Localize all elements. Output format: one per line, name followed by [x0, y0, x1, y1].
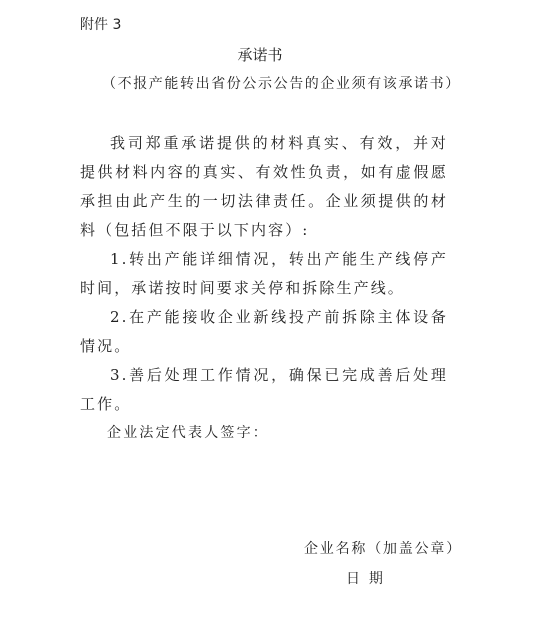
requirement-item-1: 1.转出产能详细情况，转出产能生产线停产时间，承诺按时间要求关停和拆除生产线。: [80, 245, 448, 303]
commitment-paragraph: 我司郑重承诺提供的材料真实、有效，并对提供材料内容的真实、有效性负责，如有虚假愿…: [80, 129, 448, 245]
company-name-seal-label: 企业名称（加盖公章）: [304, 539, 462, 559]
requirement-item-3: 3.善后处理工作情况，确保已完成善后处理工作。: [80, 361, 448, 419]
document-subtitle: （不报产能转出省份公示公告的企业须有该承诺书）: [102, 74, 422, 94]
document-page: 附件 3 承诺书 （不报产能转出省份公示公告的企业须有该承诺书） 我司郑重承诺提…: [0, 0, 551, 617]
document-title: 承诺书: [0, 45, 520, 65]
attachment-label: 附件 3: [80, 15, 121, 35]
requirement-item-2: 2.在产能接收企业新线投产前拆除主体设备情况。: [80, 303, 448, 361]
legal-representative-signature-label: 企业法定代表人签字：: [107, 423, 269, 443]
date-label: 日 期: [346, 569, 383, 589]
commitment-body: 我司郑重承诺提供的材料真实、有效，并对提供材料内容的真实、有效性负责，如有虚假愿…: [80, 129, 448, 419]
